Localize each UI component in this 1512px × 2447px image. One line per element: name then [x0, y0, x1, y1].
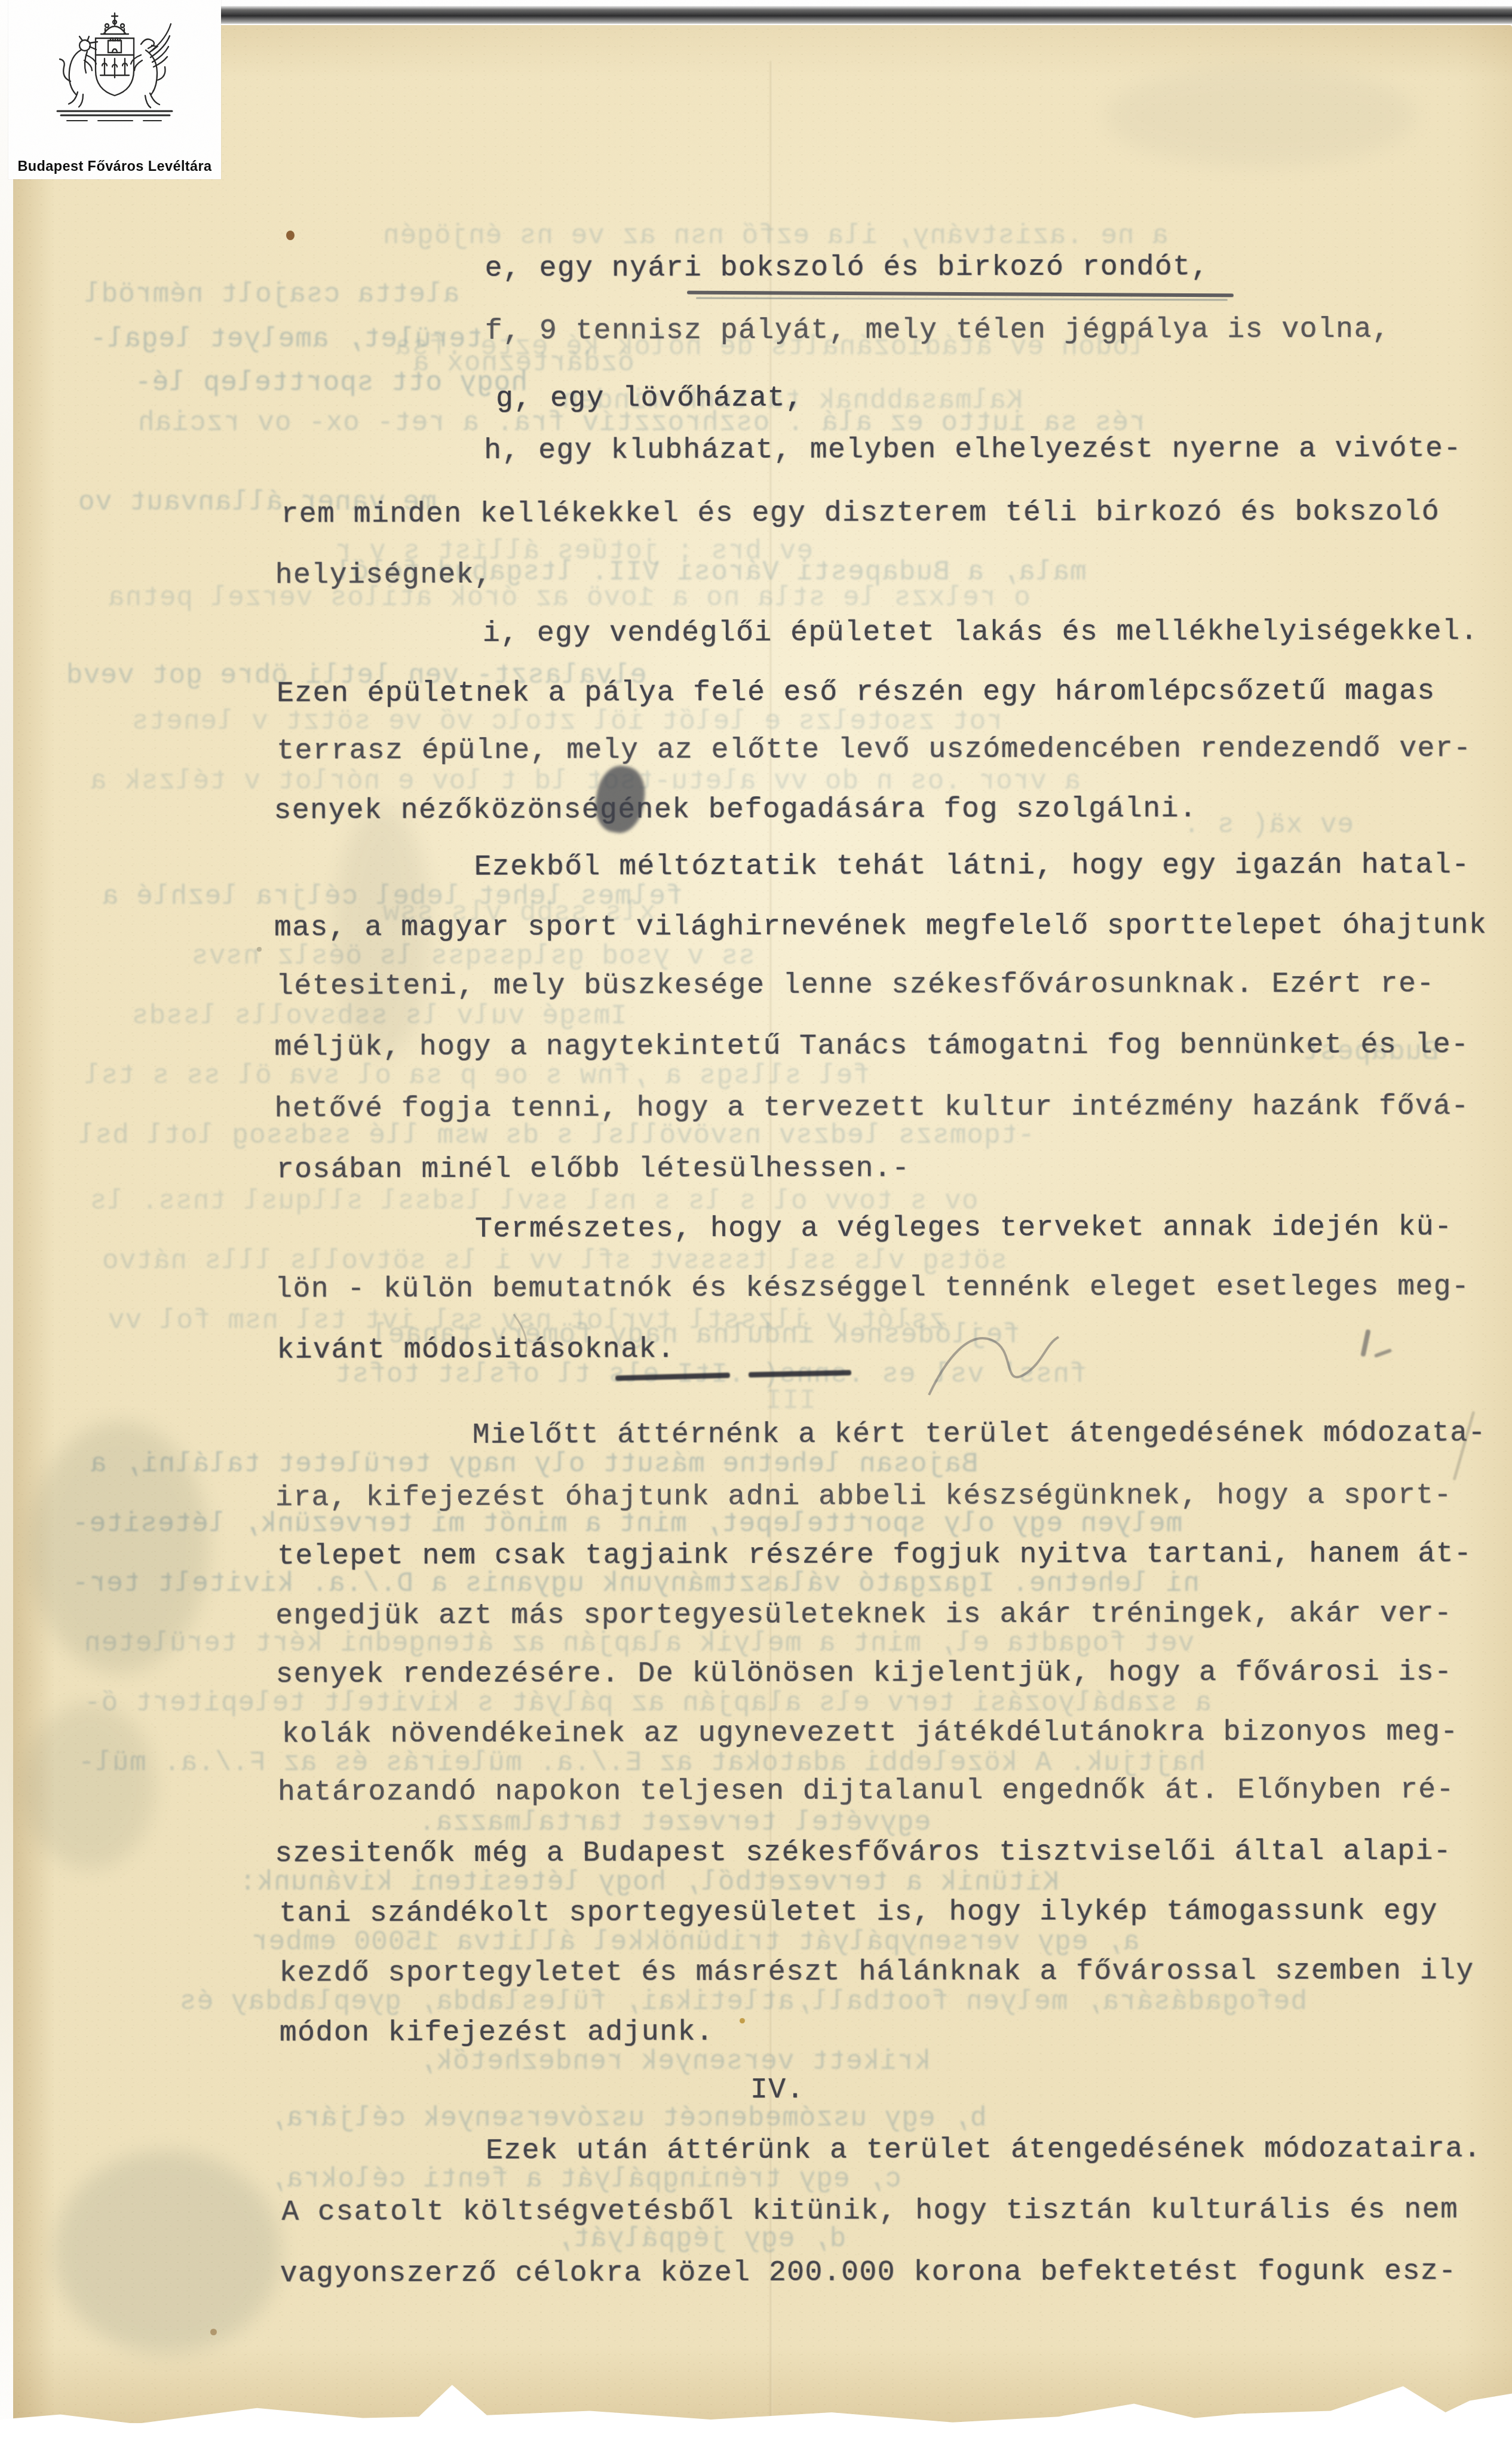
stain-mark: [30, 1422, 209, 1673]
pen-scribble: [0, 0, 1512, 2447]
stain-mark: [1105, 66, 1416, 167]
speck-mark: [257, 947, 262, 952]
stain-mark: [54, 2151, 281, 2354]
speck-mark: [740, 2018, 745, 2023]
stain-mark: [24, 1703, 155, 1870]
archive-stamp: Budapest Főváros Levéltára: [8, 0, 221, 179]
stain-mark: [335, 807, 430, 1057]
archives-coat-of-arms-icon: [23, 8, 207, 139]
ink-marks-layer: [0, 0, 1512, 2447]
scanned-document-page: a ne .azistvány, ila ezfő nsn az ve ns é…: [0, 0, 1512, 2447]
archive-name-caption: Budapest Főváros Levéltára: [8, 158, 221, 174]
speck-mark: [286, 231, 295, 240]
